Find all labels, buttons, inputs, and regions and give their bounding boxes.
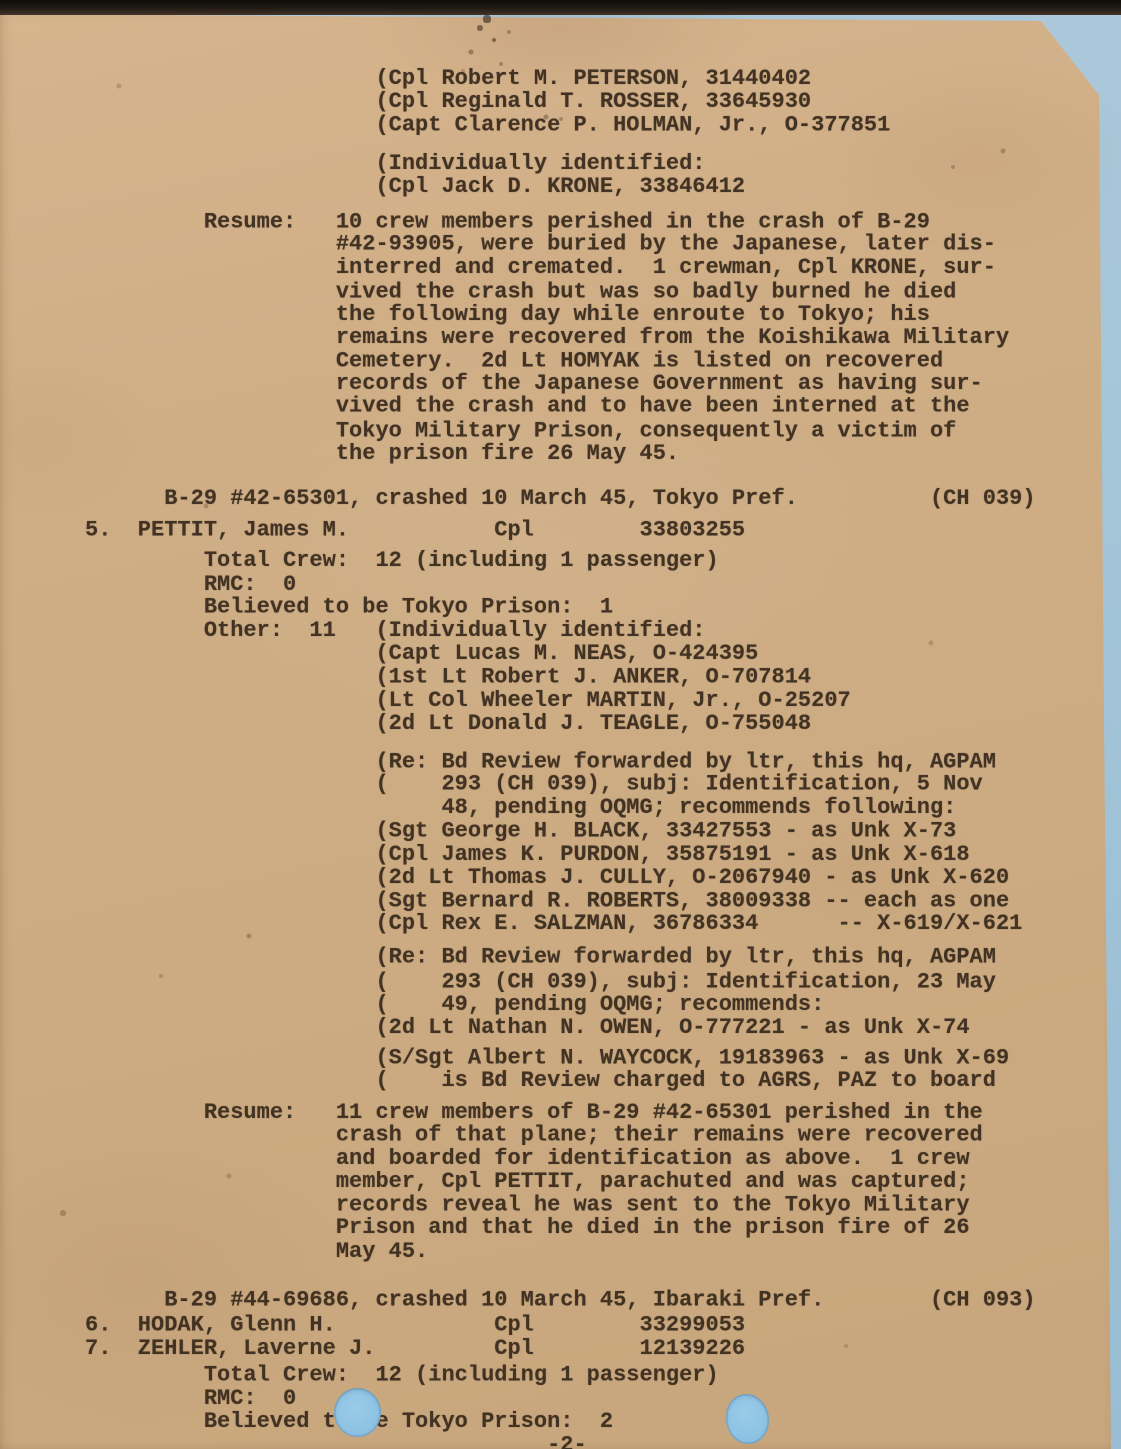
typed-line: (Cpl Robert M. PETERSON, 31440402 xyxy=(85,67,1036,90)
typed-line: (2d Lt Nathan N. OWEN, O-777221 - as Unk… xyxy=(85,1016,1036,1039)
typed-line: Resume: 10 crew members perished in the … xyxy=(85,210,1036,233)
typed-line: (Cpl Reginald T. ROSSER, 33645930 xyxy=(85,90,1036,113)
typed-line: (2d Lt Thomas J. CULLY, O-2067940 - as U… xyxy=(85,866,1036,889)
scanner-edge-strip xyxy=(0,0,1121,15)
typed-line: interred and cremated. 1 crewman, Cpl KR… xyxy=(85,256,1036,279)
typed-line: -2- xyxy=(85,1433,1036,1449)
typed-line: Believed to be Tokyo Prison: 1 xyxy=(85,595,1036,618)
typed-line: Other: 11 (Individually identified: xyxy=(85,619,1036,642)
typed-line: May 45. xyxy=(85,1240,1036,1263)
typed-line: (Individually identified: xyxy=(85,152,1036,175)
typed-line: Cemetery. 2d Lt HOMYAK is listed on reco… xyxy=(85,349,1036,372)
typed-line: ( 293 (CH 039), subj: Identification, 5 … xyxy=(85,773,1036,796)
typed-line: RMC: 0 xyxy=(85,1387,1036,1410)
typed-line: vived the crash and to have been interne… xyxy=(85,395,1036,418)
typed-line: crash of that plane; their remains were … xyxy=(85,1123,1036,1146)
typed-line: (Re: Bd Review forwarded by ltr, this hq… xyxy=(85,750,1036,773)
typed-line: (Capt Clarence P. HOLMAN, Jr., O-377851 xyxy=(85,114,1036,137)
typed-line: (Cpl Jack D. KRONE, 33846412 xyxy=(85,175,1036,198)
typed-line: ( 293 (CH 039), subj: Identification, 23… xyxy=(85,970,1036,993)
typed-line: the following day while enroute to Tokyo… xyxy=(85,303,1036,326)
typed-line: Believed to be Tokyo Prison: 2 xyxy=(85,1410,1036,1433)
typed-line: member, Cpl PETTIT, parachuted and was c… xyxy=(85,1170,1036,1193)
typed-line: RMC: 0 xyxy=(85,573,1036,596)
typed-line: ( 49, pending OQMG; recommends: xyxy=(85,993,1036,1016)
typed-line: and boarded for identification as above.… xyxy=(85,1147,1036,1170)
scanned-document-page: (Cpl Robert M. PETERSON, 31440402 (Cpl R… xyxy=(0,0,1121,1449)
typed-line: (Sgt George H. BLACK, 33427553 - as Unk … xyxy=(85,820,1036,843)
typed-line: (2d Lt Donald J. TEAGLE, O-755048 xyxy=(85,712,1036,735)
typed-line: (1st Lt Robert J. ANKER, O-707814 xyxy=(85,666,1036,689)
typed-line: Total Crew: 12 (including 1 passenger) xyxy=(85,1364,1036,1387)
typed-line: Tokyo Military Prison, consequently a vi… xyxy=(85,419,1036,442)
punch-hole-left xyxy=(334,1388,381,1437)
typed-line: ( is Bd Review charged to AGRS, PAZ to b… xyxy=(85,1069,1036,1092)
typed-line: B-29 #44-69686, crashed 10 March 45, Iba… xyxy=(85,1288,1036,1311)
typed-line: Total Crew: 12 (including 1 passenger) xyxy=(85,549,1036,572)
typed-line: (Capt Lucas M. NEAS, O-424395 xyxy=(85,642,1036,665)
typed-line: (Sgt Bernard R. ROBERTS, 38009338 -- eac… xyxy=(85,889,1036,912)
typed-line: Resume: 11 crew members of B-29 #42-6530… xyxy=(85,1101,1036,1124)
typed-line: 5. PETTIT, James M. Cpl 33803255 xyxy=(85,519,1036,542)
typed-line: B-29 #42-65301, crashed 10 March 45, Tok… xyxy=(85,487,1036,510)
typed-text: (Cpl Robert M. PETERSON, 31440402 (Cpl R… xyxy=(85,67,1036,1449)
typed-line: vived the crash but was so badly burned … xyxy=(85,280,1036,303)
typed-line: Prison and that he died in the prison fi… xyxy=(85,1216,1036,1239)
typed-line: the prison fire 26 May 45. xyxy=(85,442,1036,465)
typed-line: (Cpl James K. PURDON, 35875191 - as Unk … xyxy=(85,843,1036,866)
typed-line: #42-93905, were buried by the Japanese, … xyxy=(85,233,1036,256)
typed-line: 48, pending OQMG; recommends following: xyxy=(85,796,1036,819)
typed-line: 6. HODAK, Glenn H. Cpl 33299053 xyxy=(85,1314,1036,1337)
typed-line: (Re: Bd Review forwarded by ltr, this hq… xyxy=(85,946,1036,969)
typed-line: (S/Sgt Albert N. WAYCOCK, 19183963 - as … xyxy=(85,1047,1036,1070)
typed-line: (Lt Col Wheeler MARTIN, Jr., O-25207 xyxy=(85,689,1036,712)
typed-line: records reveal he was sent to the Tokyo … xyxy=(85,1194,1036,1217)
typed-line: (Cpl Rex E. SALZMAN, 36786334 -- X-619/X… xyxy=(85,912,1036,935)
typed-line: remains were recovered from the Koishika… xyxy=(85,326,1036,349)
punch-hole-right xyxy=(726,1394,769,1444)
typed-line: 7. ZEHLER, Laverne J. Cpl 12139226 xyxy=(85,1337,1036,1360)
typed-line: records of the Japanese Government as ha… xyxy=(85,372,1036,395)
